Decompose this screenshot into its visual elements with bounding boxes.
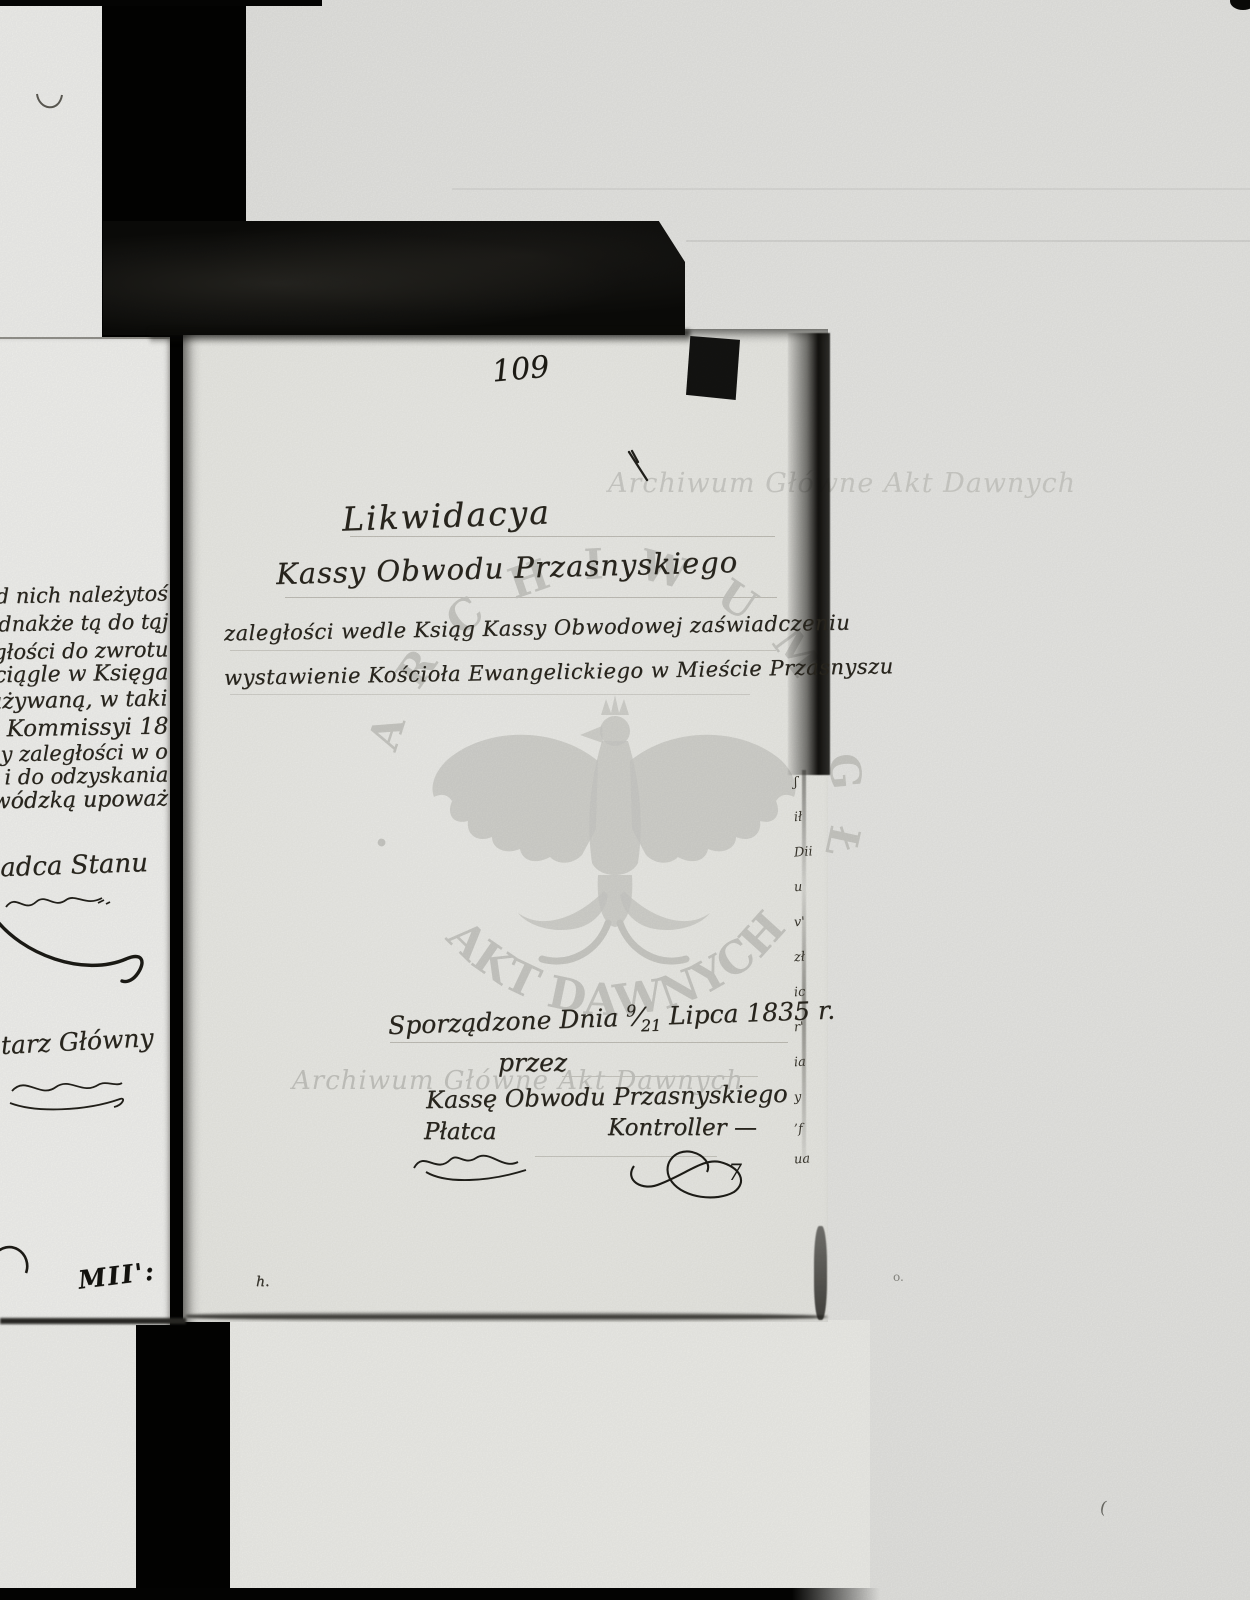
edge-text-fragment: u (793, 880, 802, 896)
signature-right-flourish: 7 (616, 1136, 768, 1204)
edge-text-fragment: ua (793, 1151, 810, 1167)
left-page-bottom-edge (0, 1318, 186, 1324)
manuscript-line: od nich należytoś (0, 581, 168, 608)
book-cover (103, 221, 685, 335)
signature-squiggle (6, 1071, 130, 1115)
date-suffix: Lipca 1835 r. (668, 996, 835, 1031)
edge-text-fragment: v' (793, 915, 805, 931)
edge-text-fragment: y (793, 1090, 801, 1105)
bed-shadow-line (452, 188, 1250, 190)
byline-przez: przez (498, 1048, 567, 1077)
oval-mark (0, 1239, 32, 1287)
role-radca-stanu: Radca Stanu (0, 848, 148, 884)
page-edge-corner (814, 1226, 827, 1320)
edge-text-fragment: ia (793, 1055, 806, 1071)
bed-shadow-line (686, 240, 1250, 242)
edge-text-fragment: ił (793, 810, 802, 826)
date-denominator: 21 (641, 1016, 662, 1036)
ink-mark: MII': (77, 1256, 158, 1294)
edge-text-fragment: zł (793, 950, 805, 966)
title-likwidacya: Likwidacya (341, 492, 551, 538)
manuscript-line: i i do odzyskania (0, 762, 168, 789)
bed-speck: ( (1098, 1498, 1109, 1519)
pencil-curve-mark (34, 90, 66, 118)
cover-shadow (150, 330, 690, 344)
under-sheet-main (230, 1320, 870, 1588)
edge-text-fragment: ’f (793, 1122, 803, 1138)
page-number: 109 (491, 350, 551, 390)
date-numerator: 9 (626, 1001, 637, 1020)
signature-flourish-arc (0, 911, 152, 991)
manuscript-line: iednakże tą do tąj (0, 609, 168, 636)
edge-text-fragment: r' (793, 1020, 804, 1036)
film-corner-mark (1230, 0, 1250, 10)
page-edge-line (802, 770, 806, 1162)
scratch-mark (626, 450, 652, 486)
under-sheet-left (0, 1325, 136, 1589)
scanned-archival-document: o. ( od nich należytoś iednakże tą do tą… (0, 0, 1250, 1600)
background-sheet-top-left (0, 0, 102, 338)
signature-left-squiggle (406, 1140, 538, 1188)
watermark-text-line: Archiwum Główne Akt Dawnych (608, 468, 1076, 499)
edge-text-fragment: ʃ (793, 775, 798, 790)
date-prefix: Sporządzone Dnia (388, 1003, 619, 1040)
manuscript-line: używaną, w taki (0, 686, 168, 714)
left-page-fragment: od nich należytoś iednakże tą do tąj leg… (0, 337, 170, 1325)
role-sekretarz-glowny: Sekretarz Główny (0, 1023, 155, 1064)
cover-edge-fragment (686, 336, 740, 400)
manuscript-line: 5. ciągle w Księga (0, 660, 168, 689)
signature-right-mark: 7 (728, 1161, 742, 1186)
manuscript-line: t Kommissyi 18 (0, 713, 168, 742)
corner-ink-mark: h. (256, 1274, 269, 1290)
page-binding-edge (788, 333, 830, 775)
film-edge-top (0, 0, 322, 6)
main-page-bottom-edge (186, 1312, 828, 1321)
manuscript-line: jewódzką upoważ (0, 786, 168, 814)
edge-text-fragment: Dii (793, 844, 813, 860)
edge-text-fragment: ic (793, 985, 805, 1001)
film-edge-bottom (0, 1588, 880, 1600)
bed-speck: o. (893, 1270, 904, 1284)
